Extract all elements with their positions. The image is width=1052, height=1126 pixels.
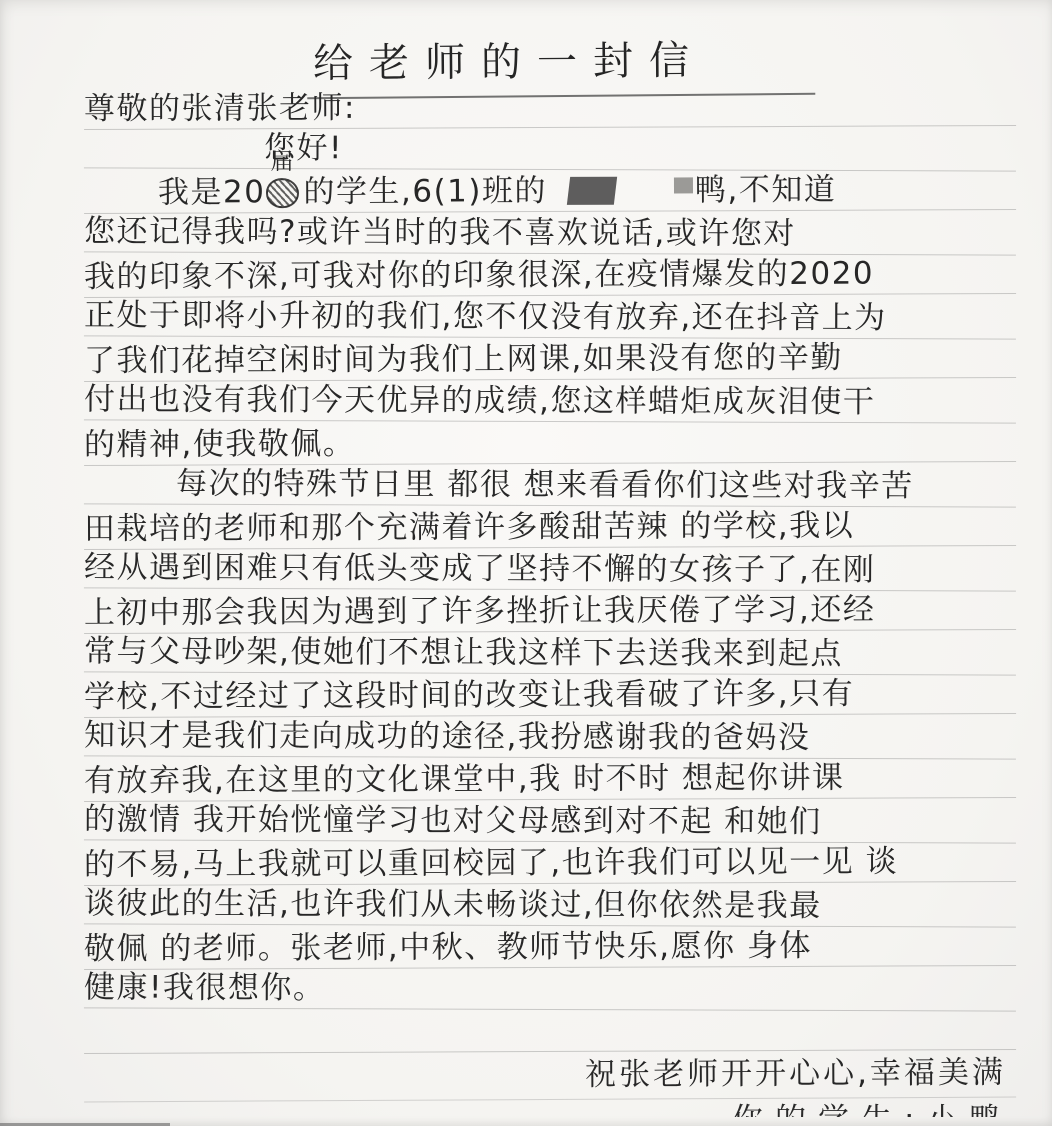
letter-line: 尊敬的张清张老师:	[84, 84, 1016, 130]
letter-line: 每次的特殊节日里 都很 想来看看你们这些对我辛苦	[84, 462, 1016, 507]
letter-line: 我的印象不深,可我对你的印象很深,在疫情爆发的2020	[84, 252, 1016, 298]
line-text: 的学生,6(1)班的	[303, 173, 547, 210]
line-text: 我是20	[158, 174, 266, 210]
closing-wish: 祝张老师开开心心,幸福美满	[84, 1050, 1016, 1103]
letter-line: 了我们花掉空闲时间为我们上网课,如果没有您的辛勤	[84, 336, 1016, 382]
inserted-character: 届	[270, 151, 293, 174]
letter-line: 上初中那会我因为遇到了许多挫折让我厌倦了学习,还经	[84, 588, 1016, 634]
letter-line: 的精神,使我敬佩。	[84, 420, 1016, 466]
letter-line: 谈彼此的生活,也许我们从未畅谈过,但你依然是我最	[84, 882, 1016, 927]
letter-line: 知识才是我们走向成功的途径,我扮感谢我的爸妈没	[84, 714, 1016, 759]
letter-line: 敬佩 的老师。张老师,中秋、教师节快乐,愿你 身体	[84, 924, 1016, 970]
letter-line: 付出也没有我们今天优异的成绩,您这样蜡炬成灰泪使干	[84, 378, 1016, 423]
line-text: 鸭,不知道	[695, 172, 837, 209]
letter-line: 学校,不过经过了这段时间的改变让我看破了许多,只有	[84, 672, 1016, 718]
scribbled-out-character	[266, 178, 299, 208]
letter-line: 的不易,马上我就可以重回校园了,也许我们可以见一见 谈	[84, 840, 1016, 886]
letter-line: 经从遇到困难只有低头变成了坚持不懈的女孩子了,在刚	[84, 546, 1016, 591]
signature-line-cut-off: 你的学生:小鸭	[84, 1100, 1016, 1117]
small-redaction-mark	[674, 177, 693, 193]
inserted-character-correction: 届	[265, 175, 303, 213]
letter-line: 常与父母吵架,使她们不想让我这样下去送我来到起点	[84, 630, 1016, 675]
letter-line: 健康!我很想你。	[84, 966, 1016, 1011]
letter-line: 的激情 我开始恍憧学习也对父母感到对不起 和她们	[84, 798, 1016, 843]
scanned-letter-page: 给老师的一封信 尊敬的张清张老师:您好!我是20届的学生,6(1)班的鸭,不知道…	[0, 0, 1052, 1126]
letter-line: 田栽培的老师和那个充满着许多酸甜苦辣 的学校,我以	[84, 504, 1016, 550]
name-redaction-box	[567, 177, 617, 205]
letter-line: 正处于即将小升初的我们,您不仅没有放弃,还在抖音上为	[84, 294, 1016, 339]
letter-line: 您好!	[84, 126, 1016, 171]
letter-line	[84, 1008, 1016, 1054]
letter-line: 有放弃我,在这里的文化课堂中,我 时不时 想起你讲课	[84, 756, 1016, 802]
letter-line: 我是20届的学生,6(1)班的鸭,不知道	[84, 168, 1016, 214]
letter-line: 您还记得我吗?或许当时的我不喜欢说话,或许您对	[84, 210, 1016, 255]
letter-body: 尊敬的张清张老师:您好!我是20届的学生,6(1)班的鸭,不知道您还记得我吗?或…	[84, 86, 1016, 1117]
